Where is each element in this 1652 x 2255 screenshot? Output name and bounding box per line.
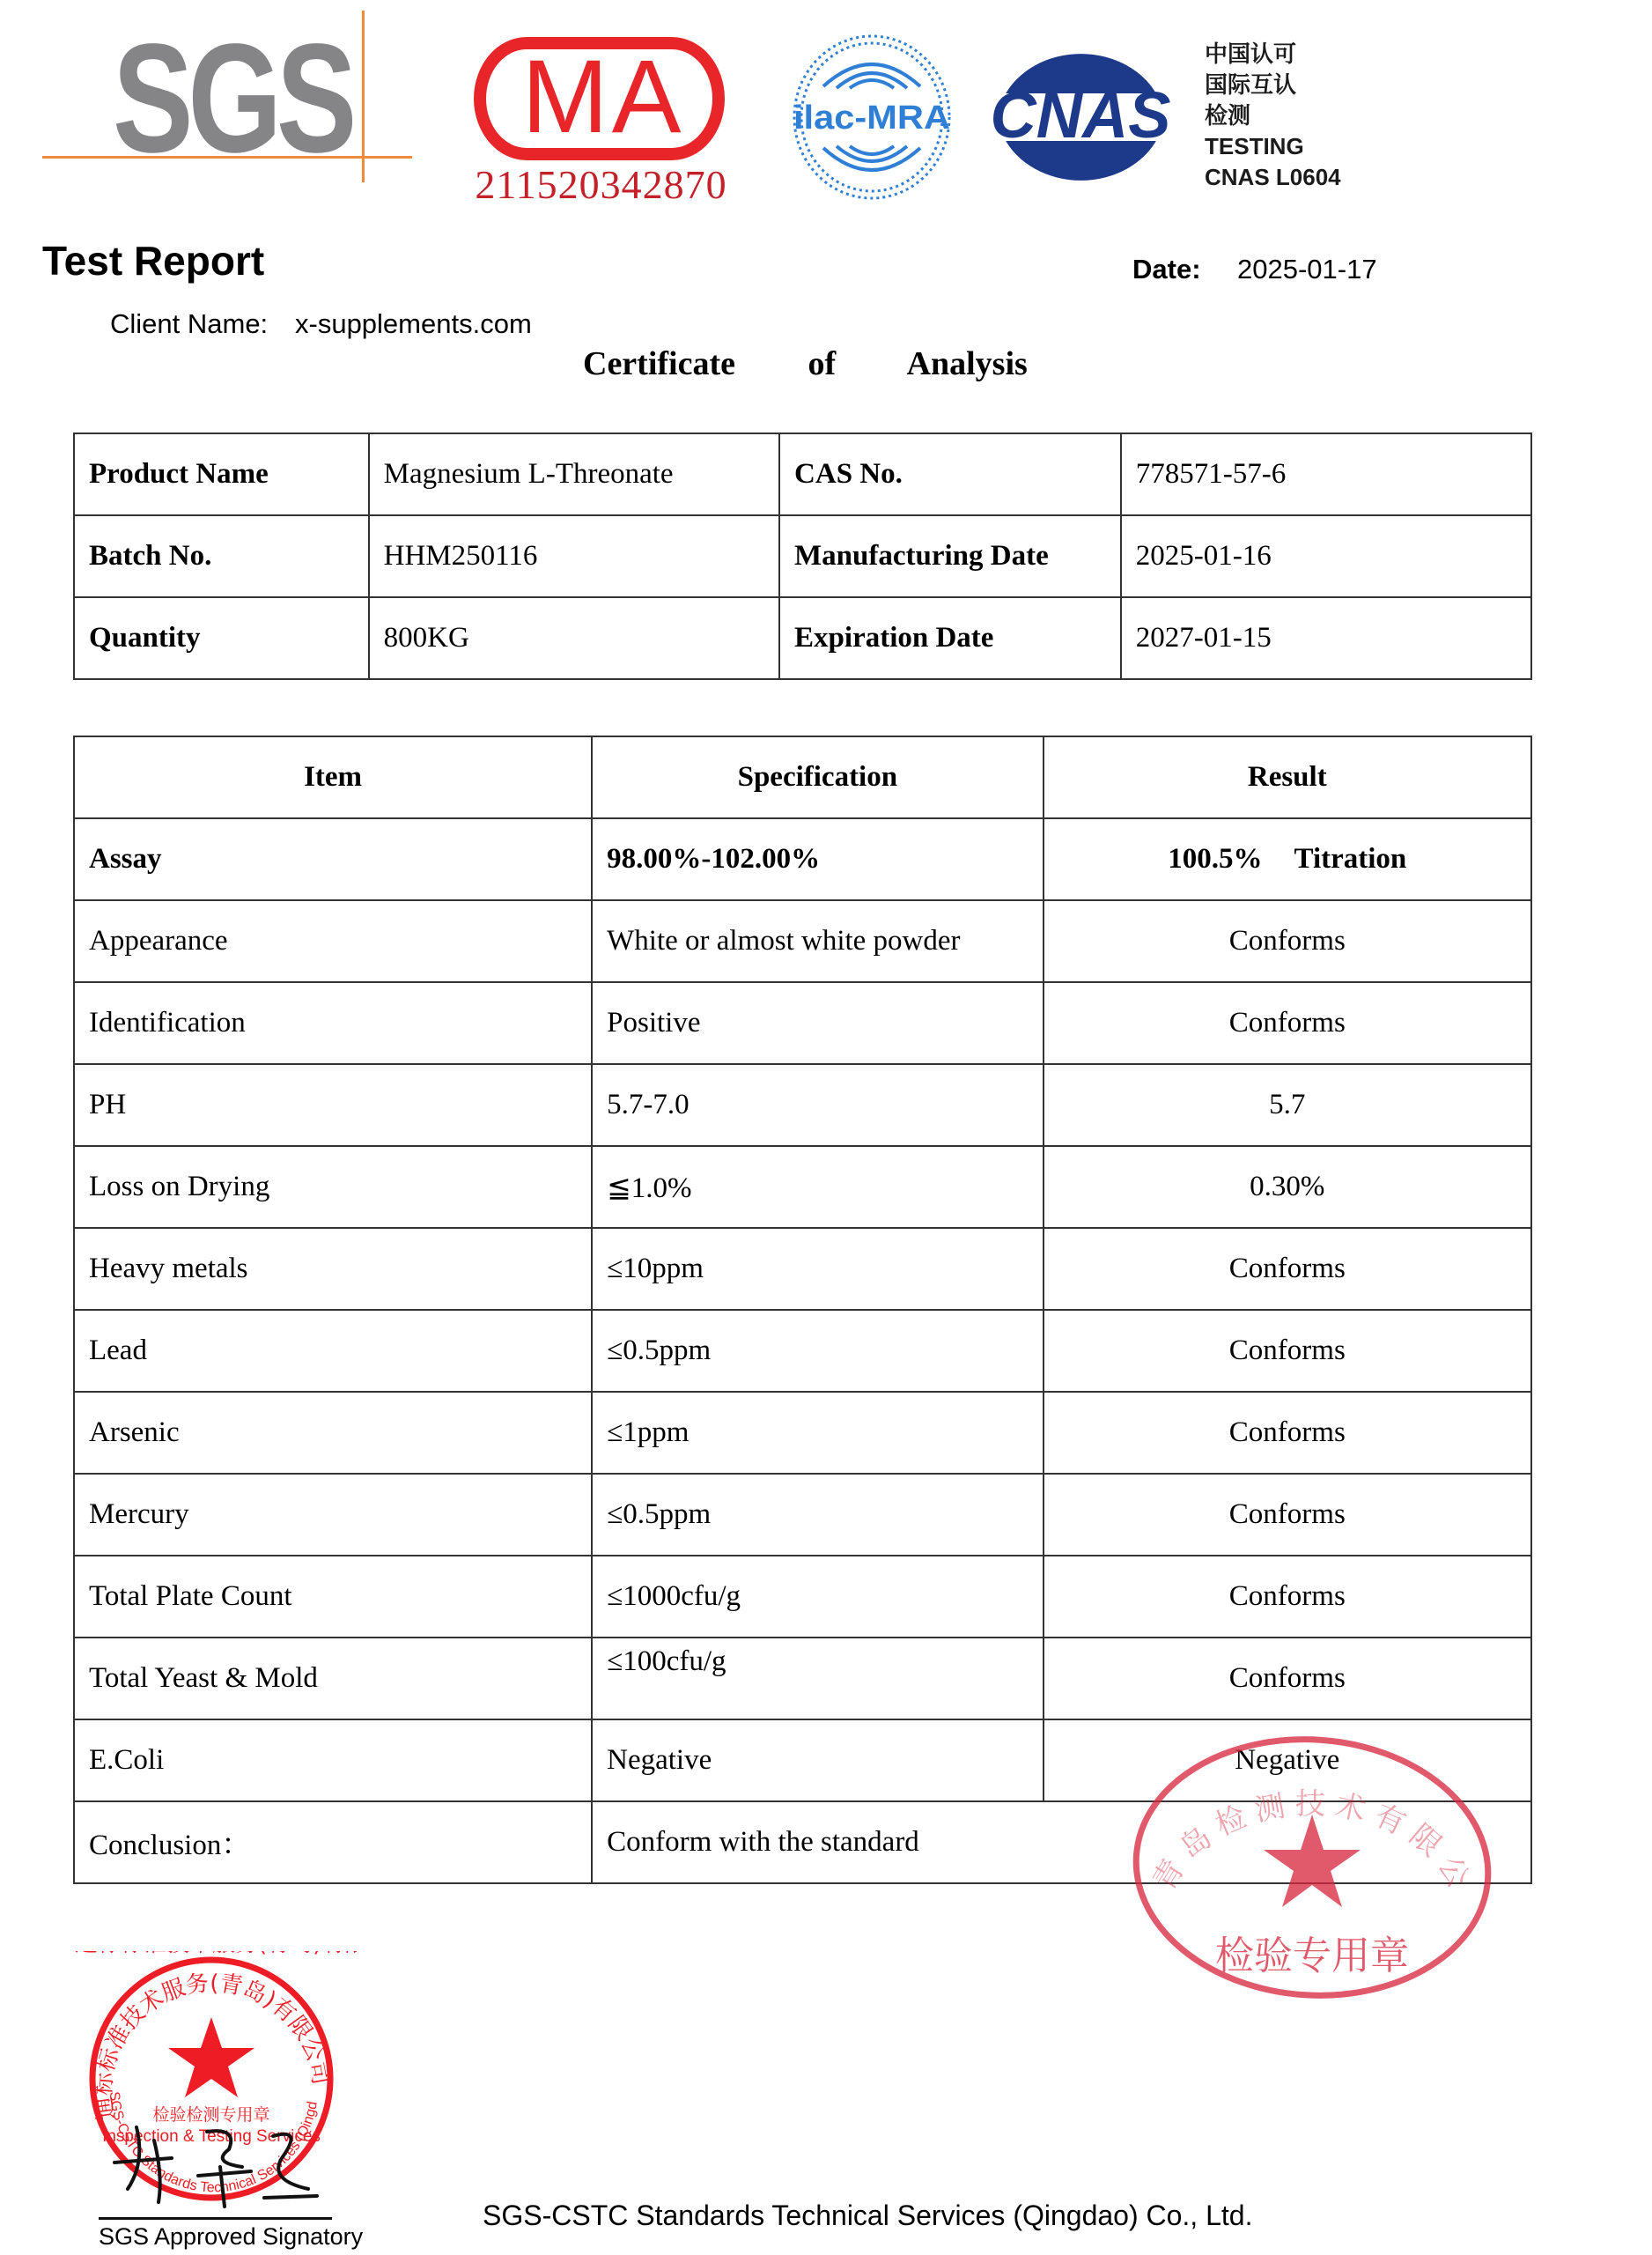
analysis-specification: ≤0.5ppm <box>592 1310 1043 1392</box>
sgs-logo-text: SGS <box>113 28 351 169</box>
product-info-table: Product Name Magnesium L-Threonate CAS N… <box>73 433 1532 680</box>
analysis-table: Item Specification Result Assay98.00%-10… <box>73 736 1532 1884</box>
quantity-label: Quantity <box>74 597 369 679</box>
analysis-row: Total Plate Count≤1000cfu/gConforms <box>74 1556 1531 1638</box>
signature-line <box>99 2217 332 2220</box>
analysis-result: Negative <box>1044 1719 1531 1801</box>
analysis-item: Arsenic <box>74 1392 592 1474</box>
date-label: Date: <box>1132 252 1201 287</box>
ilac-mra-emblem-icon: ilac-MRA <box>788 33 955 201</box>
analysis-specification: ≤1000cfu/g <box>592 1556 1043 1638</box>
svg-text:检验专用章: 检验专用章 <box>1215 1933 1409 1978</box>
footer-company-name: SGS-CSTC Standards Technical Services (Q… <box>483 2198 1252 2233</box>
analysis-item: Total Yeast & Mold <box>74 1638 592 1719</box>
analysis-specification: White or almost white powder <box>592 900 1043 982</box>
document-title: Certificate of Analysis <box>583 342 1028 386</box>
product-info-row: Quantity 800KG Expiration Date 2027-01-1… <box>74 597 1531 679</box>
quantity-value: 800KG <box>369 597 779 679</box>
ilac-mra-logo: ilac-MRA <box>788 33 955 201</box>
conclusion-row: Conclusion： Conform with the standard <box>74 1801 1531 1883</box>
analysis-specification: ≤0.5ppm <box>592 1474 1043 1556</box>
analysis-item: PH <box>74 1064 592 1146</box>
assay-method: Titration <box>1294 843 1407 875</box>
cnas-caption-line: TESTING <box>1205 131 1341 162</box>
analysis-row: Heavy metals≤10ppmConforms <box>74 1228 1531 1310</box>
signatory-label: SGS Approved Signatory <box>99 2222 363 2251</box>
analysis-item: E.Coli <box>74 1719 592 1801</box>
analysis-result: 5.7 <box>1044 1064 1531 1146</box>
client-name-value: x-supplements.com <box>295 307 532 342</box>
analysis-row: Lead≤0.5ppmConforms <box>74 1310 1531 1392</box>
cnas-emblem-icon: CNAS <box>986 42 1176 192</box>
analysis-specification: 5.7-7.0 <box>592 1064 1043 1146</box>
column-header-item: Item <box>74 736 592 818</box>
analysis-item: Lead <box>74 1310 592 1392</box>
analysis-row: Mercury≤0.5ppmConforms <box>74 1474 1531 1556</box>
analysis-item: Loss on Drying <box>74 1146 592 1228</box>
analysis-specification: 98.00%-102.00% <box>592 818 1043 900</box>
analysis-row: E.ColiNegativeNegative <box>74 1719 1531 1801</box>
cnas-accreditation-caption: 中国认可 国际互认 检测 TESTING CNAS L0604 <box>1205 39 1341 193</box>
handwritten-signature <box>114 2127 317 2207</box>
analysis-item: Total Plate Count <box>74 1556 592 1638</box>
column-header-result: Result <box>1044 736 1531 818</box>
manufacturing-date-value: 2025-01-16 <box>1121 515 1531 597</box>
analysis-header-row: Item Specification Result <box>74 736 1531 818</box>
analysis-result: Conforms <box>1044 982 1531 1064</box>
analysis-specification: ≤10ppm <box>592 1228 1043 1310</box>
analysis-specification: ≤100cfu/g <box>592 1638 1043 1719</box>
cnas-caption-line: 检测 <box>1205 100 1341 131</box>
document-title-text: Certificate of Analysis <box>583 345 1028 382</box>
cnas-logo: CNAS <box>986 42 1176 192</box>
sgs-logo: SGS <box>42 11 412 182</box>
expiration-date-label: Expiration Date <box>779 597 1121 679</box>
report-title: Test Report <box>42 236 264 285</box>
cma-logo: MA 211520342870 <box>467 26 735 211</box>
date-value: 2025-01-17 <box>1237 252 1377 287</box>
svg-text:通标标准技术服务(青岛)有限公司: 通标标准技术服务(青岛)有限公司 <box>90 1970 334 2121</box>
cas-no-label: CAS No. <box>779 433 1121 515</box>
analysis-result: Conforms <box>1044 1556 1531 1638</box>
analysis-row: IdentificationPositiveConforms <box>74 982 1531 1064</box>
analysis-result: Conforms <box>1044 1310 1531 1392</box>
analysis-result: 100.5%Titration <box>1044 818 1531 900</box>
assay-result-value: 100.5% <box>1168 843 1262 875</box>
expiration-date-value: 2027-01-15 <box>1121 597 1531 679</box>
analysis-specification: ≦1.0% <box>592 1146 1043 1228</box>
analysis-row: Total Yeast & Mold≤100cfu/gConforms <box>74 1638 1531 1719</box>
analysis-result: Conforms <box>1044 1392 1531 1474</box>
product-name-label: Product Name <box>74 433 369 515</box>
analysis-row: Assay98.00%-102.00%100.5%Titration <box>74 818 1531 900</box>
analysis-item: Appearance <box>74 900 592 982</box>
product-name-value: Magnesium L-Threonate <box>369 433 779 515</box>
cma-logo-number: 211520342870 <box>467 163 735 207</box>
column-header-specification: Specification <box>592 736 1043 818</box>
svg-text:Inspection & Testing Services: Inspection & Testing Services <box>102 2127 321 2146</box>
svg-text:检验检测专用章: 检验检测专用章 <box>152 2105 269 2125</box>
cas-no-value: 778571-57-6 <box>1121 433 1531 515</box>
svg-text:CNAS: CNAS <box>991 78 1171 152</box>
analysis-result: Conforms <box>1044 1474 1531 1556</box>
svg-text:SGS-CSTC Standards Technical S: SGS-CSTC Standards Technical Services (Q… <box>75 1951 321 2195</box>
cnas-caption-line: CNAS L0604 <box>1205 162 1341 193</box>
analysis-specification: Negative <box>592 1719 1043 1801</box>
analysis-row: Loss on Drying≦1.0%0.30% <box>74 1146 1531 1228</box>
svg-text:ilac-MRA: ilac-MRA <box>793 100 950 137</box>
analysis-specification: Positive <box>592 982 1043 1064</box>
analysis-row: AppearanceWhite or almost white powderCo… <box>74 900 1531 982</box>
svg-text:通标标准技术服务(青岛)有限公司: 通标标准技术服务(青岛)有限公司 <box>75 1951 357 1957</box>
analysis-row: PH5.7-7.05.7 <box>74 1064 1531 1146</box>
sgs-logo-vertical-rule <box>362 11 365 182</box>
cma-logo-text: MA <box>498 44 709 150</box>
conclusion-label: Conclusion： <box>74 1801 592 1883</box>
manufacturing-date-label: Manufacturing Date <box>779 515 1121 597</box>
analysis-result: Conforms <box>1044 900 1531 982</box>
analysis-result: Conforms <box>1044 1228 1531 1310</box>
analysis-item: Assay <box>74 818 592 900</box>
cnas-caption-line: 国际互认 <box>1205 70 1341 100</box>
product-info-row: Product Name Magnesium L-Threonate CAS N… <box>74 433 1531 515</box>
sgs-official-seal: 通标标准技术服务(青岛)有限公司 通标标准技术服务(青岛)有限公司 SGS-CS… <box>75 1951 357 2215</box>
analysis-item: Heavy metals <box>74 1228 592 1310</box>
sgs-logo-horizontal-rule <box>42 156 412 159</box>
batch-no-value: HHM250116 <box>369 515 779 597</box>
conclusion-value: Conform with the standard <box>592 1801 1531 1883</box>
client-name-label: Client Name: <box>110 307 268 342</box>
sgs-red-seal-icon: 通标标准技术服务(青岛)有限公司 通标标准技术服务(青岛)有限公司 SGS-CS… <box>75 1951 357 2215</box>
cnas-caption-line: 中国认可 <box>1205 39 1341 70</box>
analysis-row: Arsenic≤1ppmConforms <box>74 1392 1531 1474</box>
analysis-result: 0.30% <box>1044 1146 1531 1228</box>
analysis-result: Conforms <box>1044 1638 1531 1719</box>
analysis-item: Mercury <box>74 1474 592 1556</box>
batch-no-label: Batch No. <box>74 515 369 597</box>
analysis-specification: ≤1ppm <box>592 1392 1043 1474</box>
product-info-row: Batch No. HHM250116 Manufacturing Date 2… <box>74 515 1531 597</box>
analysis-item: Identification <box>74 982 592 1064</box>
